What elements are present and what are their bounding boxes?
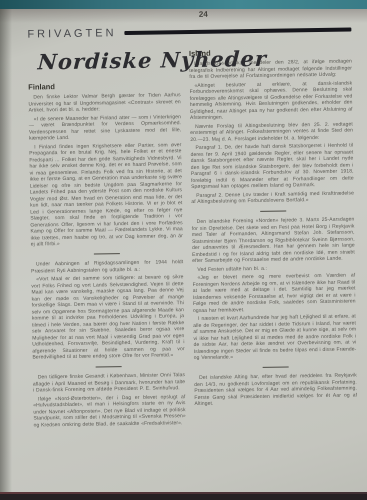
island-paragraph: «Altinget beslutter at erklære, at dansk… [189, 80, 352, 122]
island-paragraph: Det islandske Alting har, efter hvad der… [194, 372, 357, 407]
finland-paragraph: Den tidligere finske Gesandt i København… [33, 372, 186, 394]
section-divider [260, 210, 286, 212]
finland-column: Nordiske Nyheder Finland Den finske Lekt… [28, 43, 186, 430]
photo-background-bottom-band [0, 494, 367, 500]
island-paragraph: Paragraf 2. Denne Lov træder i Kraft sam… [191, 190, 354, 206]
finland-heading: Finland [28, 80, 180, 91]
island-paragraph: Nævnte Forslag til Altingsbeslutning ble… [190, 121, 353, 143]
finland-paragraph: Under Aabningen af Rigsdagssamlingen for… [31, 259, 183, 274]
masthead-rule [125, 27, 352, 35]
masthead-title: FRIVAGTEN [27, 27, 116, 40]
finland-paragraph: Den finske Lektor Valmar Bergh gæster fo… [28, 92, 181, 114]
page-left-shadow [0, 9, 12, 500]
section-divider [262, 366, 288, 368]
finland-paragraph: «I de senere Maaneder har Finland atter … [29, 114, 182, 142]
island-paragraph: I næsten et kvart Aarhundrede har jeg ha… [193, 313, 356, 361]
article-title: Nordiske Nyheder [37, 47, 181, 74]
text-columns: Nordiske Nyheder Finland Den finske Lekt… [28, 40, 358, 430]
page-content: 24 FRIVAGTEN Nordiske Nyheder Finland De… [27, 3, 358, 488]
island-paragraph: Ved Festen udtalte han bl. a.: [192, 264, 355, 273]
island-paragraph: Paragraf 1. De, der havde haft dansk Sta… [190, 142, 353, 190]
finland-paragraph: «Vort Maal er det samme som tidligere: a… [31, 274, 185, 361]
island-column: Island Islands Gesandtskab meddeler den … [189, 40, 358, 428]
page-number: 24 [199, 10, 208, 19]
scanned-page-photo: 24 FRIVAGTEN Nordiske Nyheder Finland De… [0, 0, 367, 500]
section-divider [94, 253, 120, 255]
island-paragraph: Den islandske Forening «Norden» fejrede … [192, 216, 355, 264]
finland-paragraph: Ifølge «Nord-Østerbotten», der i Dag er … [33, 394, 186, 429]
finland-paragraph: I Finland findes ingen Krigshetsere elle… [29, 142, 183, 248]
section-divider [96, 366, 122, 368]
masthead-row: FRIVAGTEN [27, 23, 351, 40]
island-paragraph: «Jeg er blevet mere og mere overbevist o… [192, 272, 355, 314]
